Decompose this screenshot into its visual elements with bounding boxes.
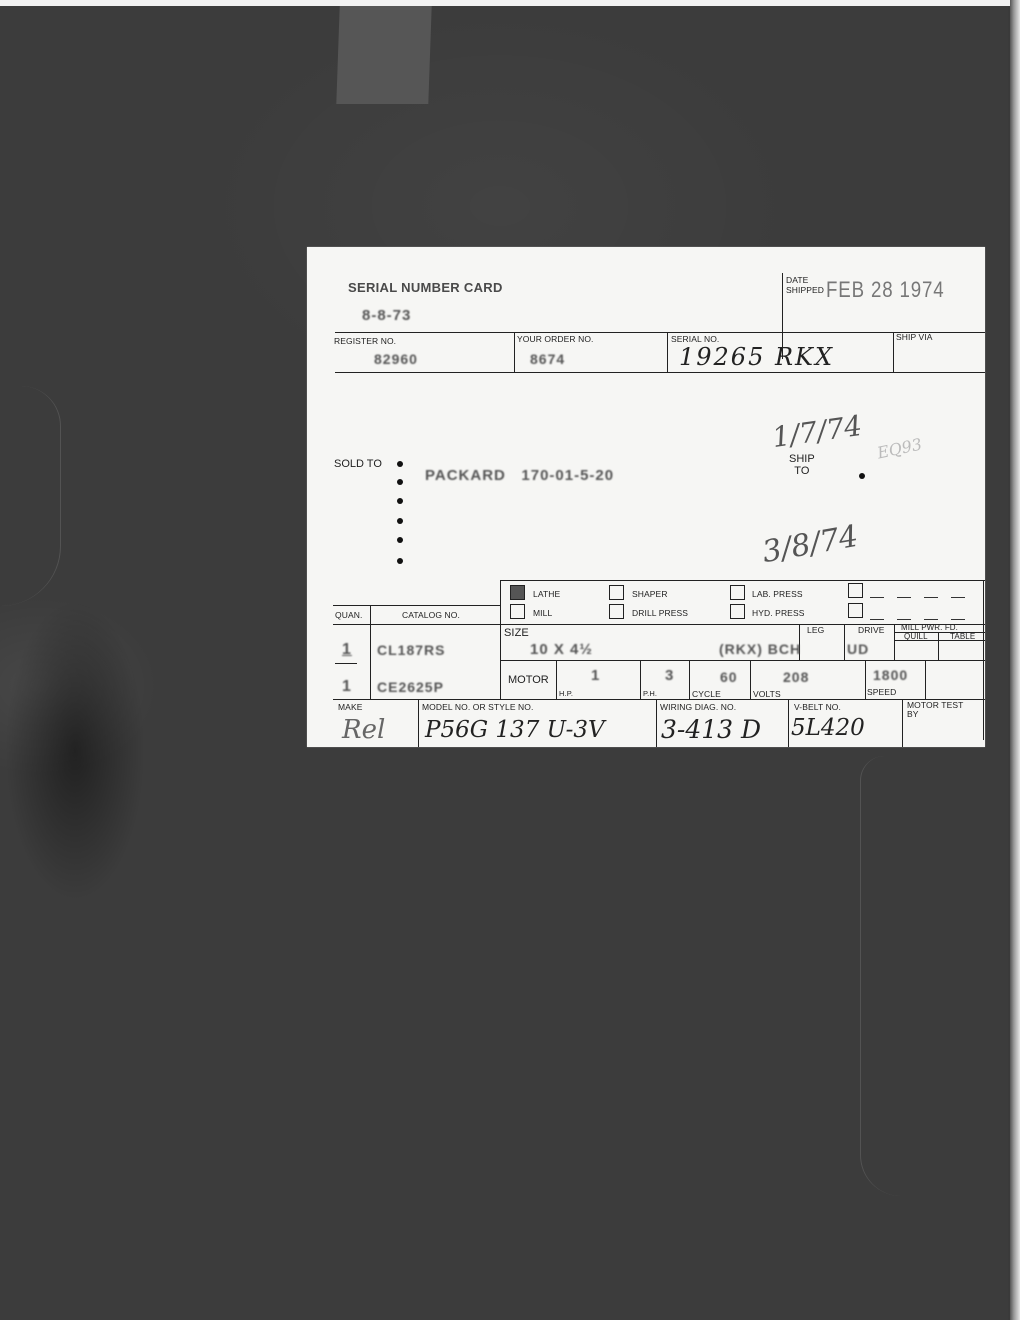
catalog-label: CATALOG NO. [402,610,460,620]
tape-residue [336,6,431,104]
address-bullet [397,518,403,524]
table-label: TABLE [950,632,975,641]
divider [902,699,903,747]
blank-line [951,619,965,620]
motor-test-label-line2: BY [907,710,963,719]
divider [500,624,501,699]
ship-via-label: SHIP VIA [896,332,933,342]
divider [335,332,985,333]
quantity-row-1: 1 [342,641,352,659]
your-order-no-label: YOUR ORDER NO. [517,334,594,344]
cycle-label: CYCLE [692,689,721,699]
date-shipped-label-line2: SHIPPED [786,285,824,295]
divider [556,660,557,699]
hp-value: 1 [591,667,600,684]
blank-line [870,619,884,620]
checkbox-lab-press[interactable] [730,585,745,600]
date-shipped-label: DATE SHIPPED [786,275,824,295]
address-bullet [397,558,403,564]
serial-number-card: SERIAL NUMBER CARD 8-8-73 DATE SHIPPED F… [307,247,985,747]
vbelt-value: 5L420 [791,715,865,741]
folder-crease [0,386,61,606]
divider [689,660,690,699]
ph-value: 3 [665,667,674,684]
blank-line [924,597,938,598]
size-label: SIZE [504,627,529,639]
speed-label: SPEED [867,687,896,697]
divider [333,699,985,700]
register-no-label: REGISTER NO. [334,336,396,346]
handwritten-date-2: 3/8/74 [760,519,861,570]
motor-test-label: MOTOR TEST BY [907,701,963,719]
ship-to-label-line2: TO [789,465,815,477]
blank-line [951,597,965,598]
address-bullet [397,498,403,504]
divider [667,332,668,372]
hp-label: H.P. [559,689,573,698]
checkbox-mill[interactable] [510,604,525,619]
checkbox-drill-press[interactable] [609,604,624,619]
ph-label: P.H. [643,689,657,698]
speed-value: 1800 [873,667,908,683]
model-value: P56G 137 U-3V [425,717,605,743]
checkbox-label: HYD. PRESS [752,608,805,618]
divider [865,660,866,699]
model-label: MODEL NO. OR STYLE NO. [422,702,533,712]
leg-value: (RKX) BCH [719,641,801,657]
blank-line [870,597,884,598]
checkbox-label: DRILL PRESS [632,608,688,618]
checkbox-label: MILL [533,608,552,618]
divider [333,605,501,606]
ship-to-bullet [859,473,865,479]
drive-label: DRIVE [858,625,884,635]
checkbox-label: LATHE [533,589,560,599]
sold-to-value: PACKARD 170-01-5-20 [425,467,614,484]
cycle-value: 60 [720,669,738,685]
catalog-row-2: CE2625P [377,679,444,695]
faint-note: EQ93 [876,435,924,463]
address-bullet [397,537,403,543]
catalog-row-1: CL187RS [377,642,445,658]
divider [925,660,926,699]
checkbox-other-2[interactable] [848,603,863,618]
make-value: Rel [342,715,385,745]
checkbox-label: SHAPER [632,589,668,599]
divider [335,663,357,664]
ship-to-label: SHIP TO [789,453,815,477]
quill-label: QUILL [904,632,928,641]
divider [418,699,419,747]
folder-crease [860,756,901,1196]
divider [514,332,515,372]
quan-label: QUAN. [335,610,362,620]
divider [938,632,939,660]
divider [370,605,371,699]
checkbox-lathe[interactable] [510,585,525,600]
divider [893,332,894,372]
entry-date: 8-8-73 [362,307,411,324]
date-shipped-label-line1: DATE [786,275,824,285]
divider [894,624,895,660]
vbelt-label: V-BELT NO. [794,702,841,712]
wiring-label: WIRING DIAG. NO. [660,702,736,712]
divider [500,580,501,625]
handwritten-date-1: 1/7/74 [770,409,864,454]
divider [333,624,985,625]
your-order-no-value: 8674 [530,351,565,367]
divider [335,372,985,373]
divider [640,660,641,699]
divider [656,699,657,747]
blank-line [897,597,911,598]
quantity-row-2: 1 [342,678,352,696]
make-label: MAKE [338,702,363,712]
scan-edge-right [1010,0,1020,1320]
divider [500,580,985,581]
serial-no-value: 19265 RKX [679,343,834,371]
blank-line [897,619,911,620]
checkbox-shaper[interactable] [609,585,624,600]
blank-line [924,619,938,620]
ship-to-label-line1: SHIP [789,453,815,465]
checkbox-label: LAB. PRESS [752,589,803,599]
address-bullet [397,479,403,485]
register-no-value: 82960 [374,351,418,367]
divider [788,699,789,747]
size-value: 10 X 4½ [530,641,593,658]
volts-value: 208 [783,669,809,685]
address-bullet [397,461,403,467]
divider [750,660,751,699]
checkbox-other-1[interactable] [848,583,863,598]
leg-label: LEG [807,625,824,635]
mill-pwr-fd-label: MILL PWR. FD. [901,623,958,632]
date-shipped-stamp: FEB 28 1974 [826,277,945,303]
wiring-value: 3-413 D [661,715,761,744]
volts-label: VOLTS [753,689,781,699]
card-title: SERIAL NUMBER CARD [348,280,503,295]
motor-label: MOTOR [508,674,549,686]
checkbox-hyd-press[interactable] [730,604,745,619]
divider [500,660,985,661]
drive-value: UD [847,641,869,657]
sold-to-label: SOLD TO [334,458,382,470]
divider [844,624,845,660]
